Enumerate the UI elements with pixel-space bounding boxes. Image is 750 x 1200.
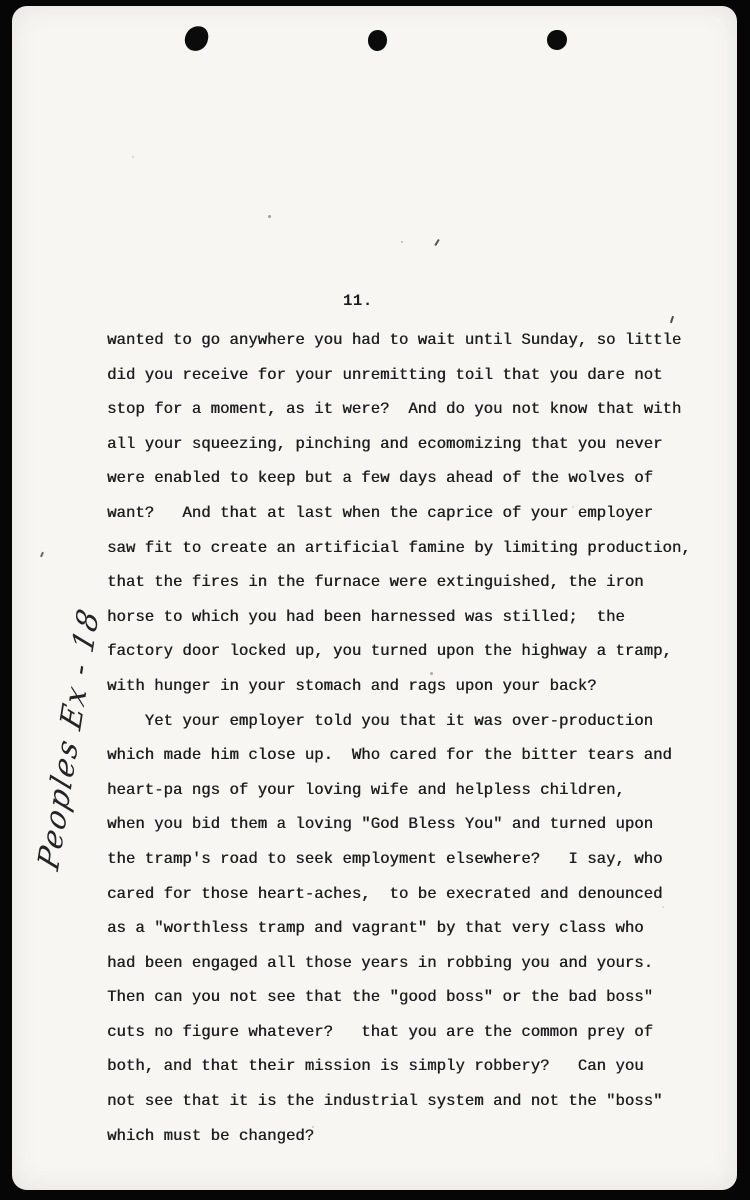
scan-speck: [401, 241, 403, 243]
text-line: Then can you not see that the "good boss…: [107, 980, 717, 1015]
scan-background: 11. wanted to go anywhere you had to wai…: [0, 0, 750, 1200]
scan-speck: [572, 506, 574, 508]
text-line: not see that it is the industrial system…: [107, 1084, 717, 1119]
scan-speck: [268, 215, 271, 218]
scan-speck: [132, 156, 134, 158]
typewritten-body: wanted to go anywhere you had to wait un…: [107, 323, 717, 1153]
text-line: factory door locked up, you turned upon …: [107, 634, 717, 669]
text-line: both, and that their mission is simply r…: [107, 1049, 717, 1084]
punch-hole-icon: [547, 30, 567, 50]
punch-hole-icon: [183, 25, 209, 53]
text-line: wanted to go anywhere you had to wait un…: [107, 323, 717, 358]
text-line: that the fires in the furnace were extin…: [107, 565, 717, 600]
text-line: had been engaged all those years in robb…: [107, 946, 717, 981]
text-line: heart-pa ngs of your loving wife and hel…: [107, 773, 717, 808]
text-line: were enabled to keep but a few days ahea…: [107, 461, 717, 496]
exhibit-annotation-handwritten: Peoples Ex - 18: [32, 603, 106, 875]
text-line: when you bid them a loving "God Bless Yo…: [107, 807, 717, 842]
punch-hole-icon: [368, 30, 387, 51]
scan-speck: [434, 239, 439, 246]
text-line: the tramp's road to seek employment else…: [107, 842, 717, 877]
scan-speck: [430, 672, 433, 675]
text-line: which made him close up. Who cared for t…: [107, 738, 717, 773]
text-line: Yet your employer told you that it was o…: [107, 704, 717, 739]
text-line: saw fit to create an artificial famine b…: [107, 531, 717, 566]
page-number: 11.: [343, 292, 373, 310]
scan-speck: [40, 552, 44, 557]
text-line: cared for those heart-aches, to be execr…: [107, 877, 717, 912]
text-line: cuts no figure whatever? that you are th…: [107, 1015, 717, 1050]
text-line: which must be changed?: [107, 1119, 717, 1154]
text-line: all your squeezing, pinching and ecomomi…: [107, 427, 717, 462]
scan-speck: [662, 906, 664, 908]
text-line: want? And that at last when the caprice …: [107, 496, 717, 531]
text-line: as a "worthless tramp and vagrant" by th…: [107, 911, 717, 946]
text-line: stop for a moment, as it were? And do yo…: [107, 392, 717, 427]
text-line: did you receive for your unremitting toi…: [107, 358, 717, 393]
document-page: 11. wanted to go anywhere you had to wai…: [12, 6, 737, 1190]
text-line: with hunger in your stomach and rags upo…: [107, 669, 717, 704]
text-line: horse to which you had been harnessed wa…: [107, 600, 717, 635]
scan-speck: [312, 1126, 314, 1128]
